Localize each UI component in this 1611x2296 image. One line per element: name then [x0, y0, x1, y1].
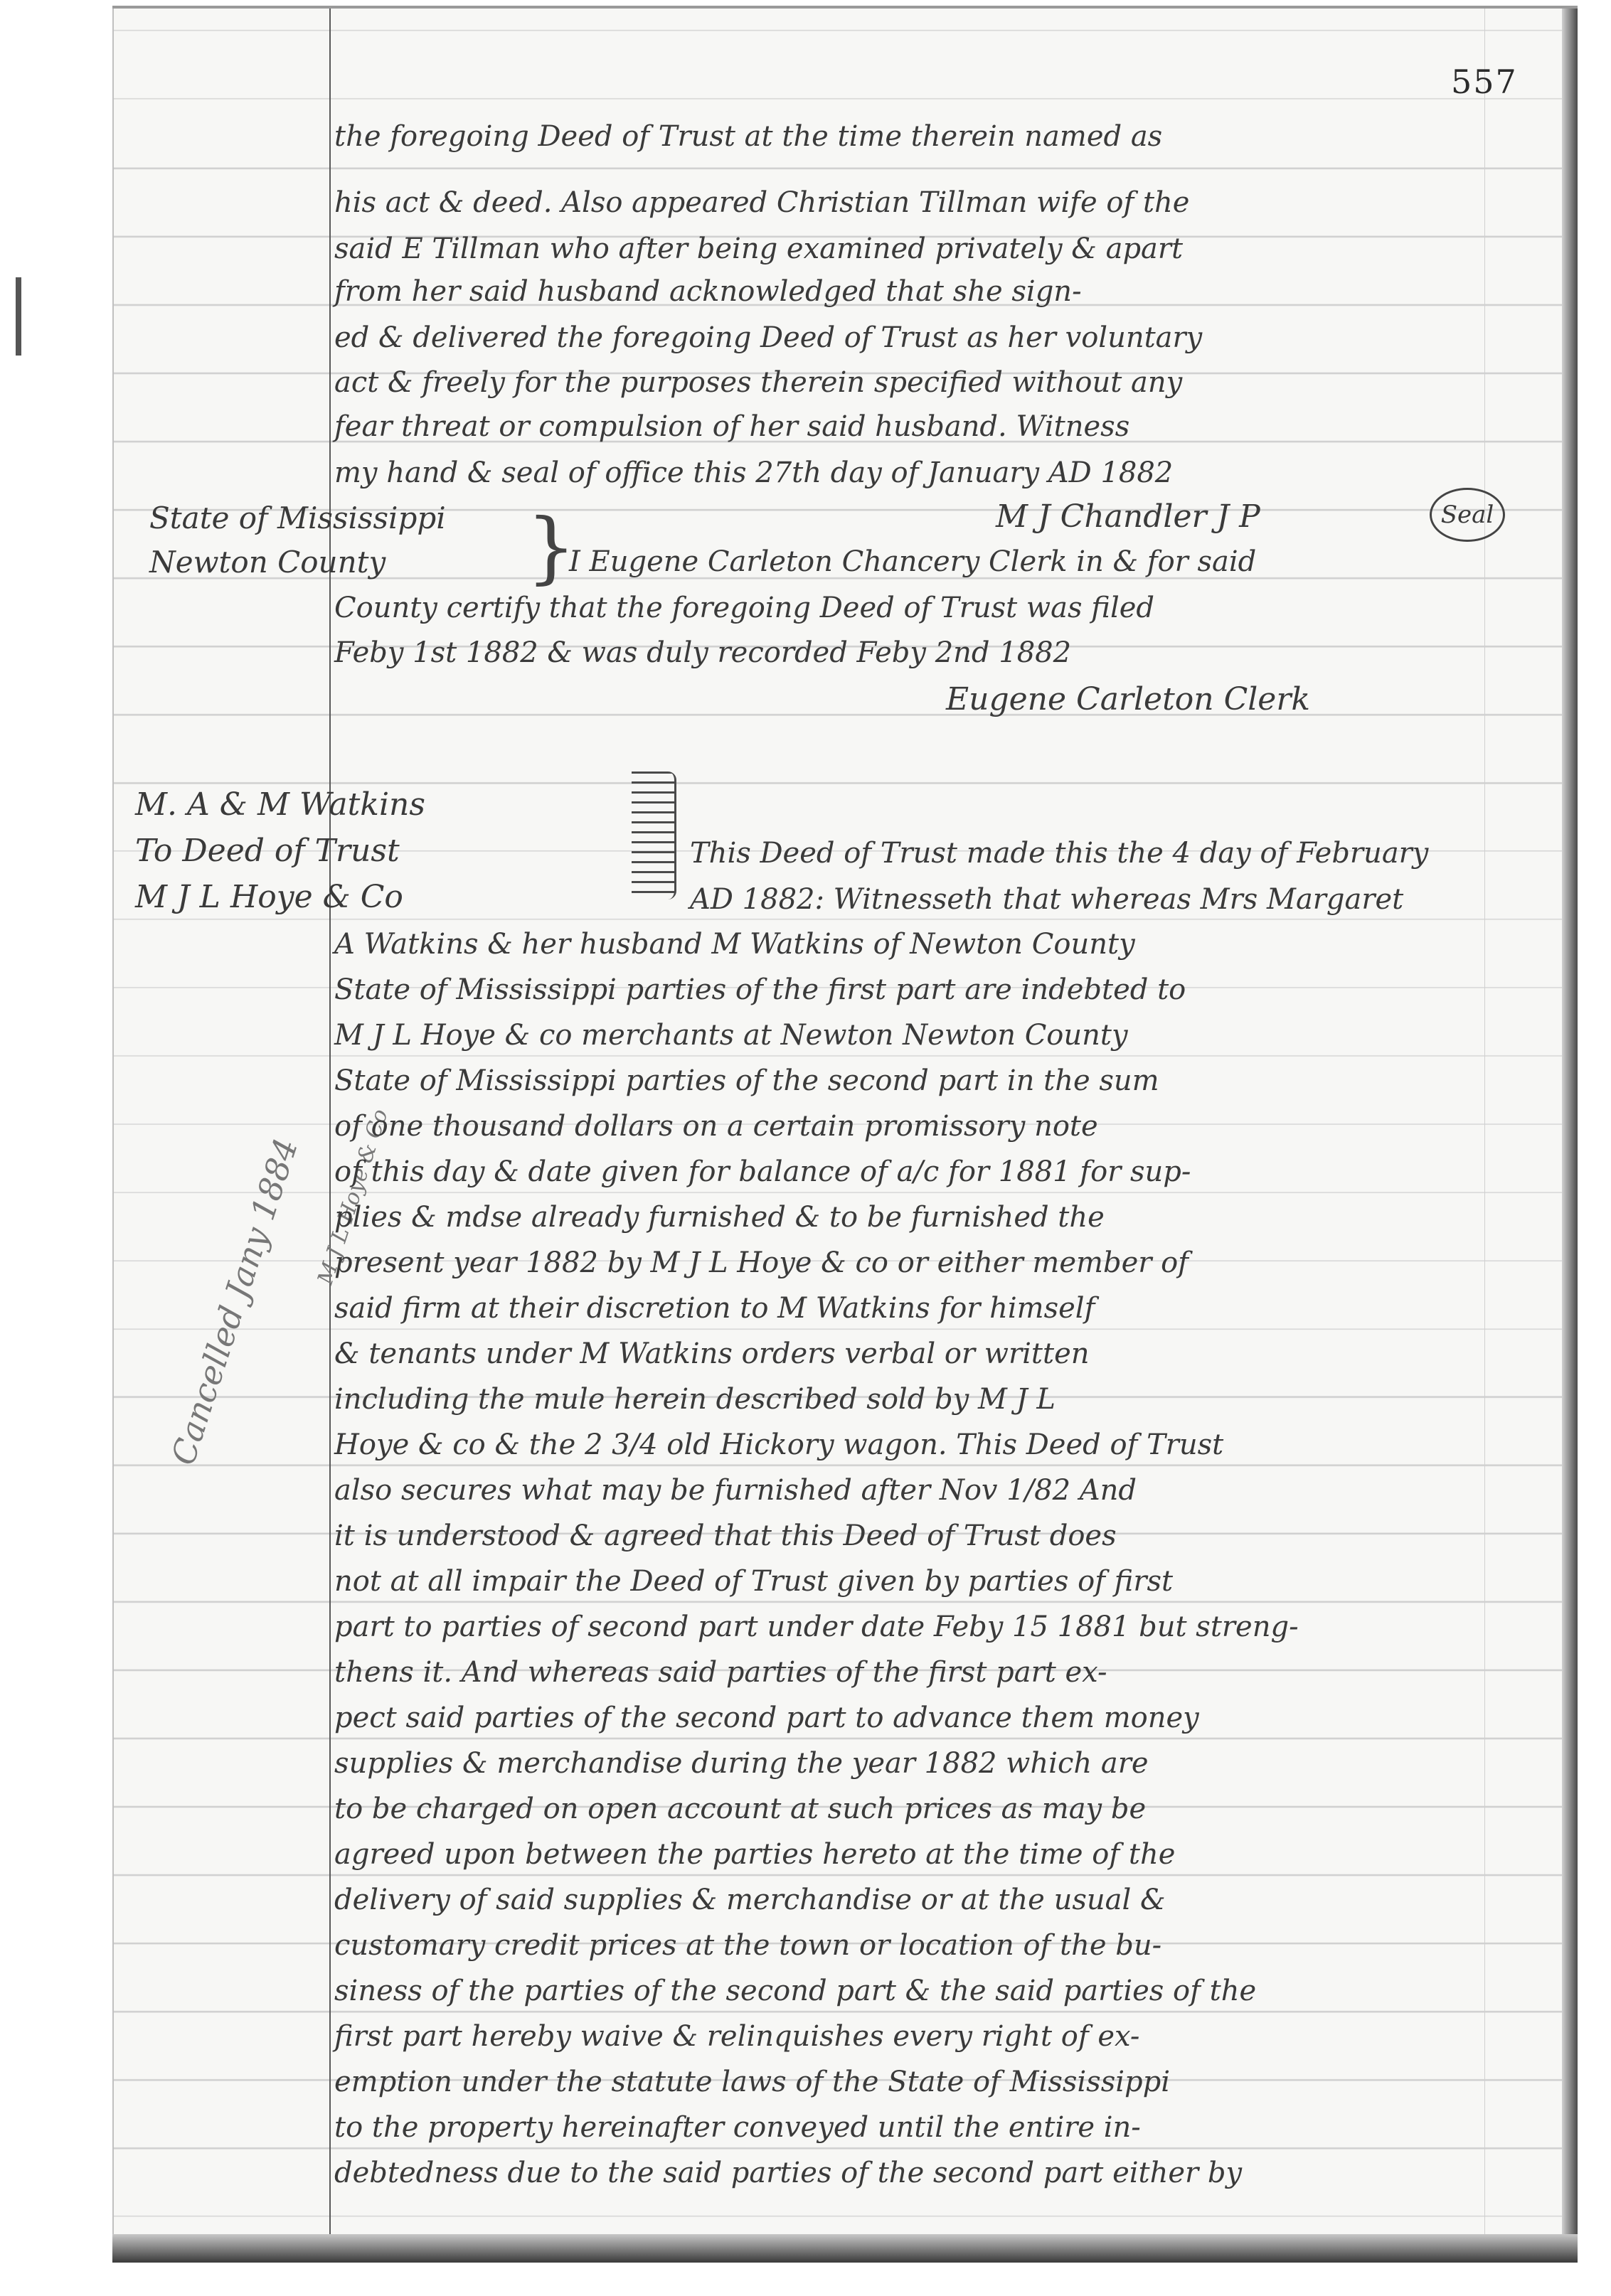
- page-left-edge: [112, 9, 114, 2263]
- deed-line: it is understood & agreed that this Deed…: [334, 1522, 1117, 1550]
- deed-line: debtedness due to the said parties of th…: [334, 2159, 1242, 2187]
- deed-line: plies & mdse already furnished & to be f…: [334, 1203, 1105, 1232]
- deed-line: present year 1882 by M J L Hoye & co or …: [334, 1249, 1189, 1277]
- deed-line: customary credit prices at the town or l…: [334, 1931, 1161, 1960]
- scan-edge-mark: [16, 277, 21, 356]
- deed-line: including the mule herein described sold…: [334, 1385, 1056, 1414]
- certificate-line: County certify that the foregoing Deed o…: [334, 594, 1154, 622]
- deed-line: thens it. And whereas said parties of th…: [334, 1658, 1107, 1687]
- text-line: said E Tillman who after being examined …: [334, 235, 1183, 263]
- seal-label: Seal: [1441, 501, 1494, 529]
- deed-line: supplies & merchandise during the year 1…: [334, 1749, 1149, 1778]
- text-line: his act & deed. Also appeared Christian …: [334, 188, 1189, 217]
- deed-line: A Watkins & her husband M Watkins of New…: [334, 930, 1135, 959]
- text-line: ed & delivered the foregoing Deed of Tru…: [334, 324, 1202, 352]
- deed-line: Hoye & co & the 2 3/4 old Hickory wagon.…: [334, 1431, 1223, 1459]
- grantor-label: M. A & M Watkins: [135, 789, 425, 821]
- right-rule: [1484, 9, 1485, 2263]
- deed-line: said firm at their discretion to M Watki…: [334, 1294, 1095, 1323]
- state-label: State of Mississippi: [149, 503, 446, 533]
- margin-rule: [329, 9, 331, 2263]
- deed-line: M J L Hoye & co merchants at Newton Newt…: [334, 1021, 1128, 1050]
- text-line: my hand & seal of office this 27th day o…: [334, 459, 1173, 487]
- deed-line: delivery of said supplies & merchandise …: [334, 1886, 1166, 1914]
- deed-line: & tenants under M Watkins orders verbal …: [334, 1340, 1090, 1368]
- deed-line: State of Mississippi parties of the seco…: [334, 1067, 1159, 1095]
- county-label: Newton County: [149, 548, 386, 577]
- bottom-shadow: [112, 2234, 1578, 2263]
- seal-mark: Seal: [1430, 488, 1505, 542]
- deed-line: to be charged on open account at such pr…: [334, 1795, 1146, 1823]
- deed-line: This Deed of Trust made this the 4 day o…: [690, 839, 1428, 867]
- certificate-line: Feby 1st 1882 & was duly recorded Feby 2…: [334, 639, 1071, 667]
- text-line: from her said husband acknowledged that …: [334, 277, 1082, 306]
- page-number: 557: [1451, 63, 1518, 101]
- text-line: fear threat or compulsion of her said hu…: [334, 412, 1129, 441]
- deed-line: first part hereby waive & relinquishes e…: [334, 2022, 1139, 2051]
- deed-line: agreed upon between the parties hereto a…: [334, 1840, 1175, 1869]
- deed-line: AD 1882: Witnesseth that whereas Mrs Mar…: [690, 885, 1403, 914]
- deed-line: not at all impair the Deed of Trust give…: [334, 1567, 1173, 1596]
- deed-line: of this day & date given for balance of …: [334, 1158, 1191, 1186]
- deed-line: pect said parties of the second part to …: [334, 1704, 1199, 1732]
- deed-line: siness of the parties of the second part…: [334, 1977, 1256, 2005]
- deed-line: emption under the statute laws of the St…: [334, 2068, 1170, 2096]
- deed-line: State of Mississippi parties of the firs…: [334, 976, 1186, 1004]
- text-line: act & freely for the purposes therein sp…: [334, 368, 1182, 397]
- grantee-label: M J L Hoye & Co: [135, 882, 403, 913]
- clerk-signature: Eugene Carleton Clerk: [946, 684, 1310, 715]
- deed-line: of one thousand dollars on a certain pro…: [334, 1112, 1098, 1141]
- deed-line: also secures what may be furnished after…: [334, 1476, 1137, 1505]
- instrument-label: To Deed of Trust: [135, 835, 400, 867]
- binding-shadow: [1562, 9, 1578, 2263]
- text-line: the foregoing Deed of Trust at the time …: [334, 122, 1162, 151]
- brace-flourish-icon: [632, 771, 676, 899]
- deed-line: part to parties of second part under dat…: [334, 1613, 1299, 1641]
- deed-line: to the property hereinafter conveyed unt…: [334, 2113, 1141, 2142]
- certificate-line: I Eugene Carleton Chancery Clerk in & fo…: [569, 548, 1256, 576]
- jp-signature: M J Chandler J P: [996, 501, 1260, 533]
